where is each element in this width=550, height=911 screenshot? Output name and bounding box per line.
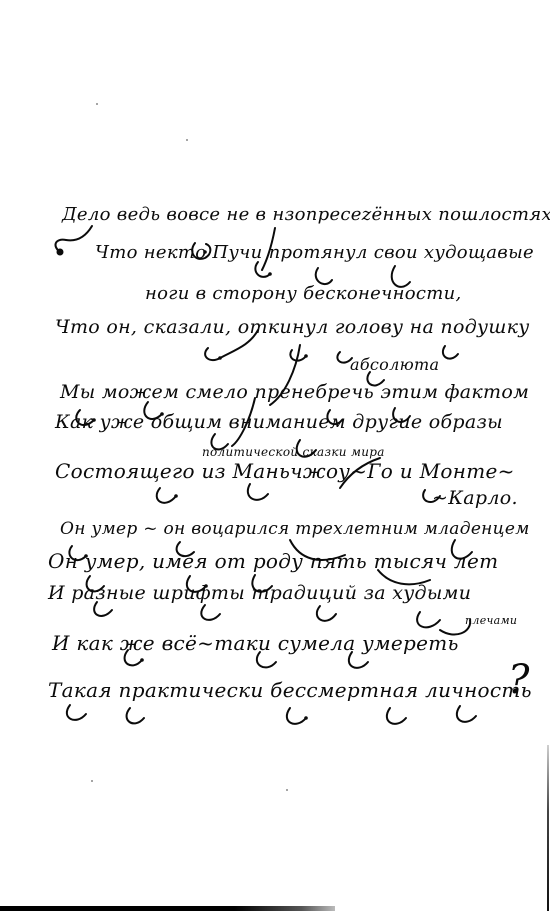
poem-line-8: политической сказки мира xyxy=(202,446,385,458)
poem-line-13: И разные шрифты традиций за худыми xyxy=(48,584,471,603)
scan-border-bottom xyxy=(0,906,335,911)
closing-question-mark: ? xyxy=(508,660,529,700)
poem-line-11: Он умер ~ он воцарился трехлетним младен… xyxy=(60,521,530,538)
poem-line-4: Что он, сказали, откинул голову на подуш… xyxy=(55,318,530,337)
poem-line-10: ~Карло. xyxy=(432,489,518,508)
poem-line-7: Как уже общим вниманием другие образы xyxy=(55,413,503,432)
poem-line-12: Он умер, имея от роду пять тысяч лет xyxy=(48,551,498,571)
poem-line-9: Состоящего из Маньчжоу~Го и Монте~ xyxy=(55,461,515,481)
scan-border-right xyxy=(547,745,549,911)
poem-line-1: Дело ведь вовсе не в нзопресеzённых пошл… xyxy=(62,206,550,224)
poem-line-14: плечами xyxy=(465,615,517,626)
scan-speck xyxy=(91,780,93,782)
poem-line-3: ноги в сторону бесконечности, xyxy=(145,285,462,303)
scanned-manuscript-page: Дело ведь вовсе не в нзопресеzённых пошл… xyxy=(0,0,550,911)
poem-line-16: Такая практически бессмертная личность xyxy=(48,680,532,700)
scan-speck xyxy=(286,789,288,791)
poem-line-6: Мы можем смело пренебречь этим фактом xyxy=(60,383,529,402)
poem-line-15: И как же всё~таки сумела умереть xyxy=(52,633,459,653)
poem-line-5: абсолюта xyxy=(350,357,439,373)
poem-line-2: Что некто Пучи протянул свои худощавые xyxy=(95,244,534,262)
scan-speck xyxy=(186,139,188,141)
scan-speck xyxy=(96,103,98,105)
